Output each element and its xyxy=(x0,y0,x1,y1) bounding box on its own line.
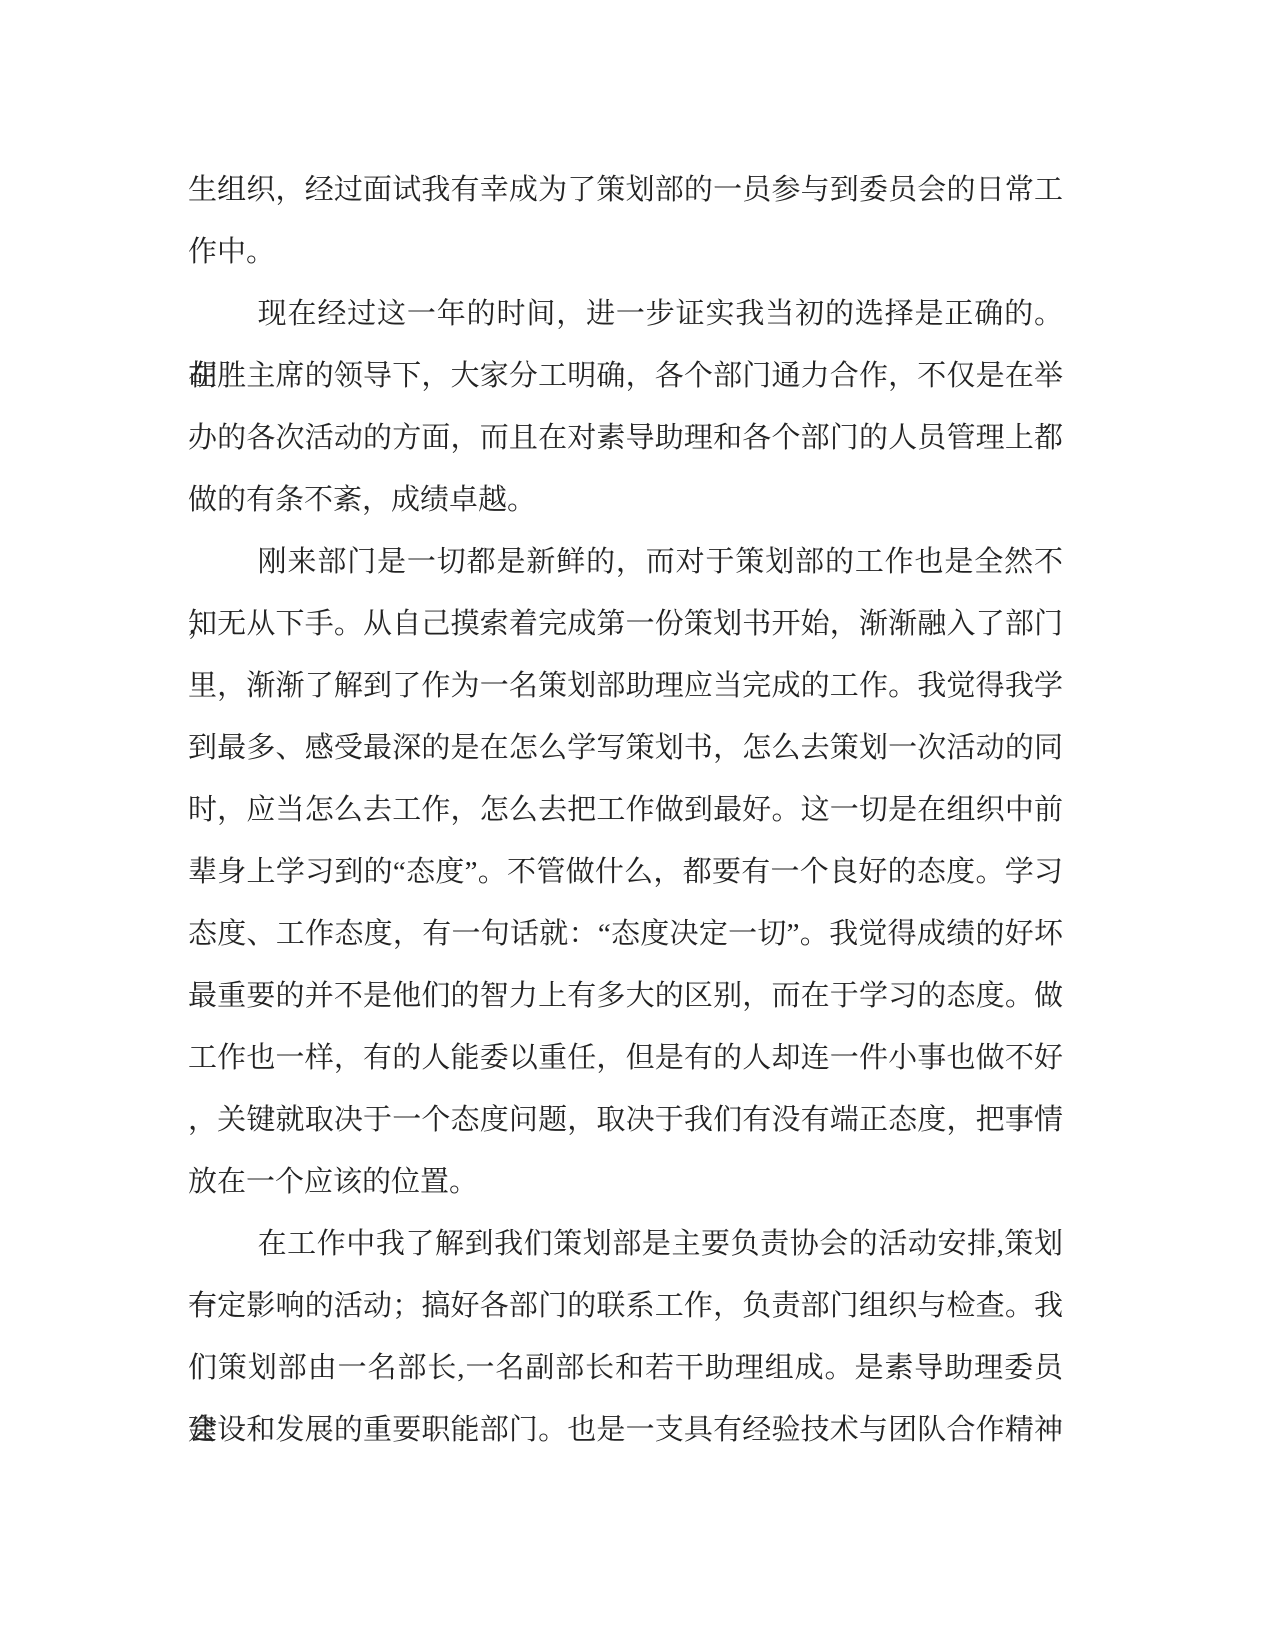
text-line: 工作也一样，有的人能委以重任，但是有的人却连一件小事也做不好 xyxy=(188,1027,1063,1089)
text-line: ，无从下手。从自己摸索着完成第一份策划书开始，渐渐融入了部门 xyxy=(188,593,1063,655)
text-line: 们策划部由一名部长,一名副部长和若干助理组成。是素导助理委员会 xyxy=(188,1337,1063,1399)
text-line: 建设和发展的重要职能部门。也是一支具有经验技术与团队合作精神 xyxy=(188,1399,1063,1461)
text-line: 办的各次活动的方面，而且在对素导助理和各个部门的人员管理上都 xyxy=(188,407,1063,469)
text-line: 态度、工作态度，有一句话就：“态度决定一切”。我觉得成绩的好坏 xyxy=(188,903,1063,965)
text-line: 辈身上学习到的“态度”。不管做什么，都要有一个良好的态度。学习 xyxy=(188,841,1063,903)
document-page: 生组织，经过面试我有幸成为了策划部的一员参与到委员会的日常工 作中。 现在经过这… xyxy=(0,0,1275,1650)
text-line: 刚来部门是一切都是新鲜的，而对于策划部的工作也是全然不知 xyxy=(188,531,1063,593)
text-line: 现在经过这一年的时间，进一步证实我当初的选择是正确的。在 xyxy=(188,283,1063,345)
text-line: 在工作中我了解到我们策划部是主要负责协会的活动安排,策划有 xyxy=(188,1213,1063,1275)
text-line: 时，应当怎么去工作，怎么去把工作做到最好。这一切是在组织中前 xyxy=(188,779,1063,841)
text-line: 里，渐渐了解到了作为一名策划部助理应当完成的工作。我觉得我学 xyxy=(188,655,1063,717)
text-line: 胡胜主席的领导下，大家分工明确，各个部门通力合作，不仅是在举 xyxy=(188,345,1063,407)
text-line: 一定影响的活动；搞好各部门的联系工作，负责部门组织与检查。我 xyxy=(188,1275,1063,1337)
text-line: ，关键就取决于一个态度问题，取决于我们有没有端正态度，把事情 xyxy=(188,1089,1063,1151)
text-line: 作中。 xyxy=(188,221,1063,283)
text-line: 生组织，经过面试我有幸成为了策划部的一员参与到委员会的日常工 xyxy=(188,159,1063,221)
text-line: 最重要的并不是他们的智力上有多大的区别，而在于学习的态度。做 xyxy=(188,965,1063,1027)
text-line: 到最多、感受最深的是在怎么学写策划书，怎么去策划一次活动的同 xyxy=(188,717,1063,779)
text-line: 放在一个应该的位置。 xyxy=(188,1151,1063,1213)
text-line: 做的有条不紊，成绩卓越。 xyxy=(188,469,1063,531)
document-text-block: 生组织，经过面试我有幸成为了策划部的一员参与到委员会的日常工 作中。 现在经过这… xyxy=(188,159,1063,1461)
